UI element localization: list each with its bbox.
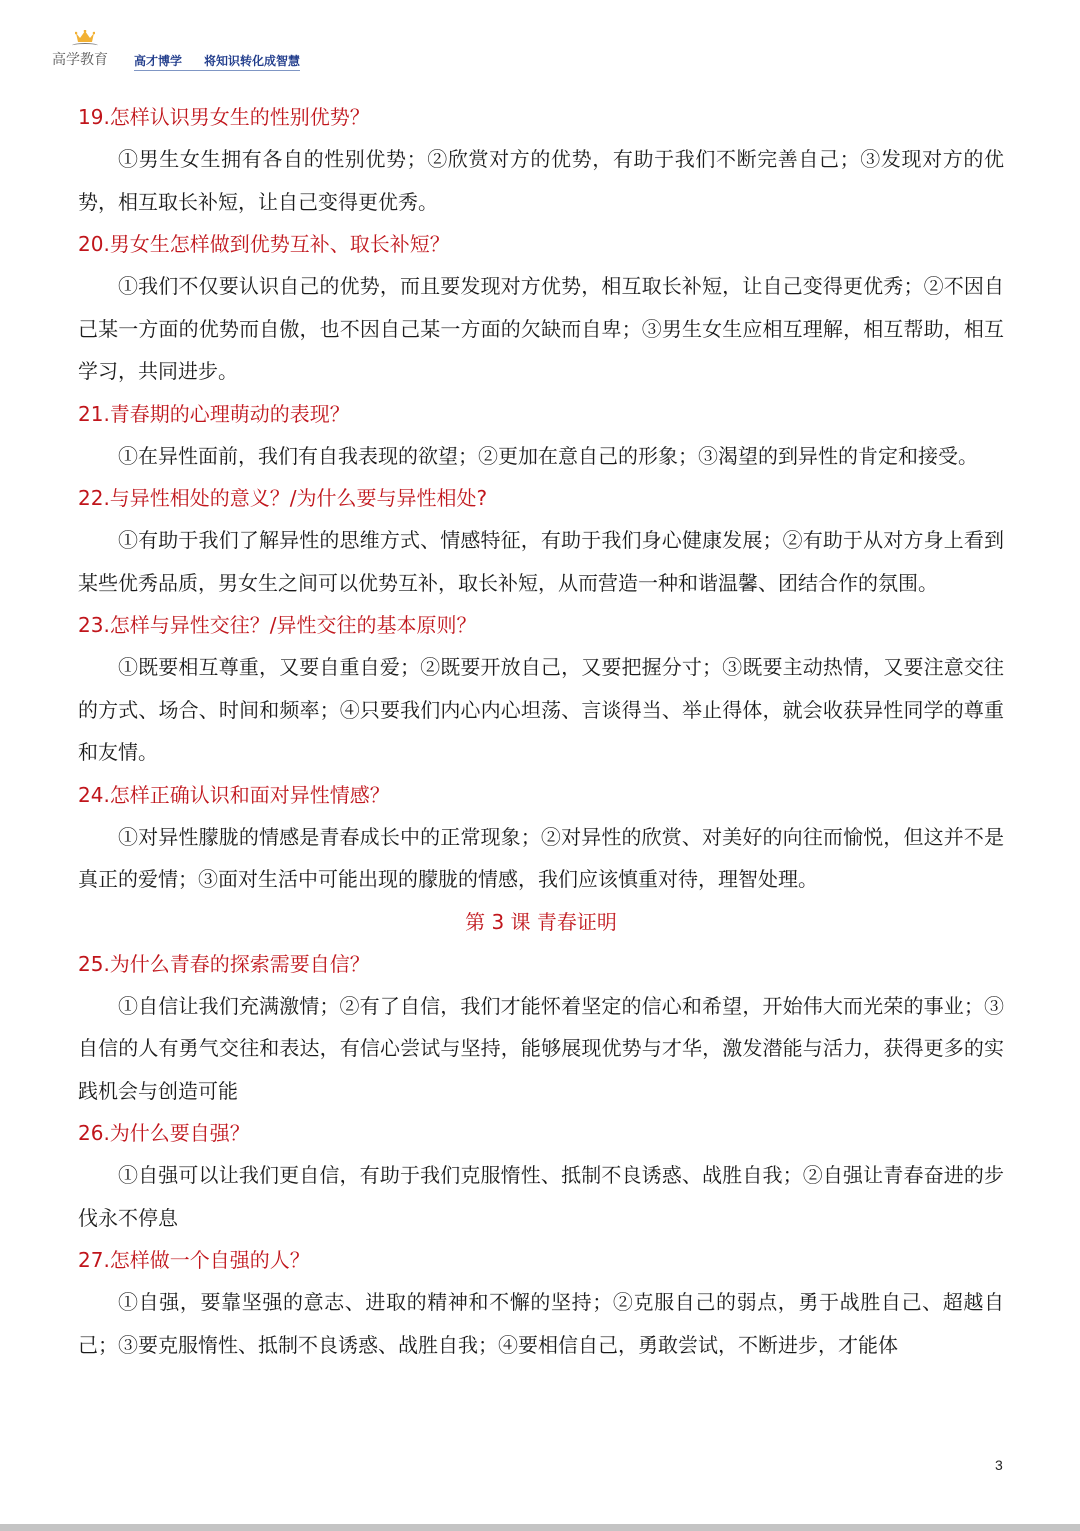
slogan-right: 将知识转化成智慧 [204,54,300,68]
brand-logo: 高学教育 [52,30,118,70]
answer-body: ①我们不仅要认识自己的优势，而且要发现对方优势，相互取长补短，让自己变得更优秀；… [78,265,1004,393]
page-number: 3 [995,1457,1003,1473]
page-header: 高学教育 高才博学将知识转化成智慧 [0,0,1080,90]
answer-body: ①对异性朦胧的情感是青春成长中的正常现象；②对异性的欣赏、对美好的向往而愉悦，但… [78,816,1004,901]
crown-icon [75,30,95,44]
question-title: 23.怎样与异性交往？/异性交往的基本原则？ [78,604,1004,646]
qa-section-22: 22.与异性相处的意义？/为什么要与异性相处? ①有助于我们了解异性的思维方式、… [78,477,1004,604]
slogan-left: 高才博学 [134,54,182,68]
answer-body: ①自强，要靠坚强的意志、进取的精神和不懈的坚持；②克服自己的弱点，勇于战胜自己、… [78,1281,1004,1366]
question-title: 27.怎样做一个自强的人？ [78,1239,1004,1281]
qa-section-26: 26.为什么要自强？ ①自强可以让我们更自信，有助于我们克服惰性、抵制不良诱惑、… [78,1112,1004,1239]
book-icon [72,43,98,48]
question-title: 25.为什么青春的探索需要自信？ [78,943,1004,985]
answer-body: ①有助于我们了解异性的思维方式、情感特征，有助于我们身心健康发展；②有助于从对方… [78,519,1004,604]
qa-section-21: 21.青春期的心理萌动的表现？ ①在异性面前，我们有自我表现的欲望；②更加在意自… [78,393,1004,478]
answer-body: ①男生女生拥有各自的性别优势；②欣赏对方的优势，有助于我们不断完善自己；③发现对… [78,138,1004,223]
question-title: 19.怎样认识男女生的性别优势？ [78,96,1004,138]
logo-text: 高学教育 [52,49,108,69]
question-title: 22.与异性相处的意义？/为什么要与异性相处? [78,477,1004,519]
qa-section-25: 25.为什么青春的探索需要自信？ ①自信让我们充满激情；②有了自信，我们才能怀着… [78,943,1004,1113]
answer-body: ①自强可以让我们更自信，有助于我们克服惰性、抵制不良诱惑、战胜自我；②自强让青春… [78,1154,1004,1239]
question-title: 20.男女生怎样做到优势互补、取长补短？ [78,223,1004,265]
answer-body: ①既要相互尊重，又要自重自爱；②既要开放自己，又要把握分寸；③既要主动热情，又要… [78,646,1004,774]
qa-section-24: 24.怎样正确认识和面对异性情感？ ①对异性朦胧的情感是青春成长中的正常现象；②… [78,774,1004,901]
answer-body: ①自信让我们充满激情；②有了自信，我们才能怀着坚定的信心和希望，开始伟大而光荣的… [78,985,1004,1113]
question-title: 21.青春期的心理萌动的表现？ [78,393,1004,435]
slogan: 高才博学将知识转化成智慧 [134,52,300,71]
document-content: 19.怎样认识男女生的性别优势？ ①男生女生拥有各自的性别优势；②欣赏对方的优势… [78,96,1004,1366]
page-bottom-edge [0,1524,1080,1531]
question-title: 24.怎样正确认识和面对异性情感？ [78,774,1004,816]
qa-section-23: 23.怎样与异性交往？/异性交往的基本原则？ ①既要相互尊重，又要自重自爱；②既… [78,604,1004,774]
lesson-heading: 第 3 课 青春证明 [78,901,1004,943]
question-title: 26.为什么要自强？ [78,1112,1004,1154]
qa-section-27: 27.怎样做一个自强的人？ ①自强，要靠坚强的意志、进取的精神和不懈的坚持；②克… [78,1239,1004,1366]
qa-section-19: 19.怎样认识男女生的性别优势？ ①男生女生拥有各自的性别优势；②欣赏对方的优势… [78,96,1004,223]
qa-section-20: 20.男女生怎样做到优势互补、取长补短？ ①我们不仅要认识自己的优势，而且要发现… [78,223,1004,393]
answer-body: ①在异性面前，我们有自我表现的欲望；②更加在意自己的形象；③渴望的到异性的肯定和… [78,435,1004,478]
